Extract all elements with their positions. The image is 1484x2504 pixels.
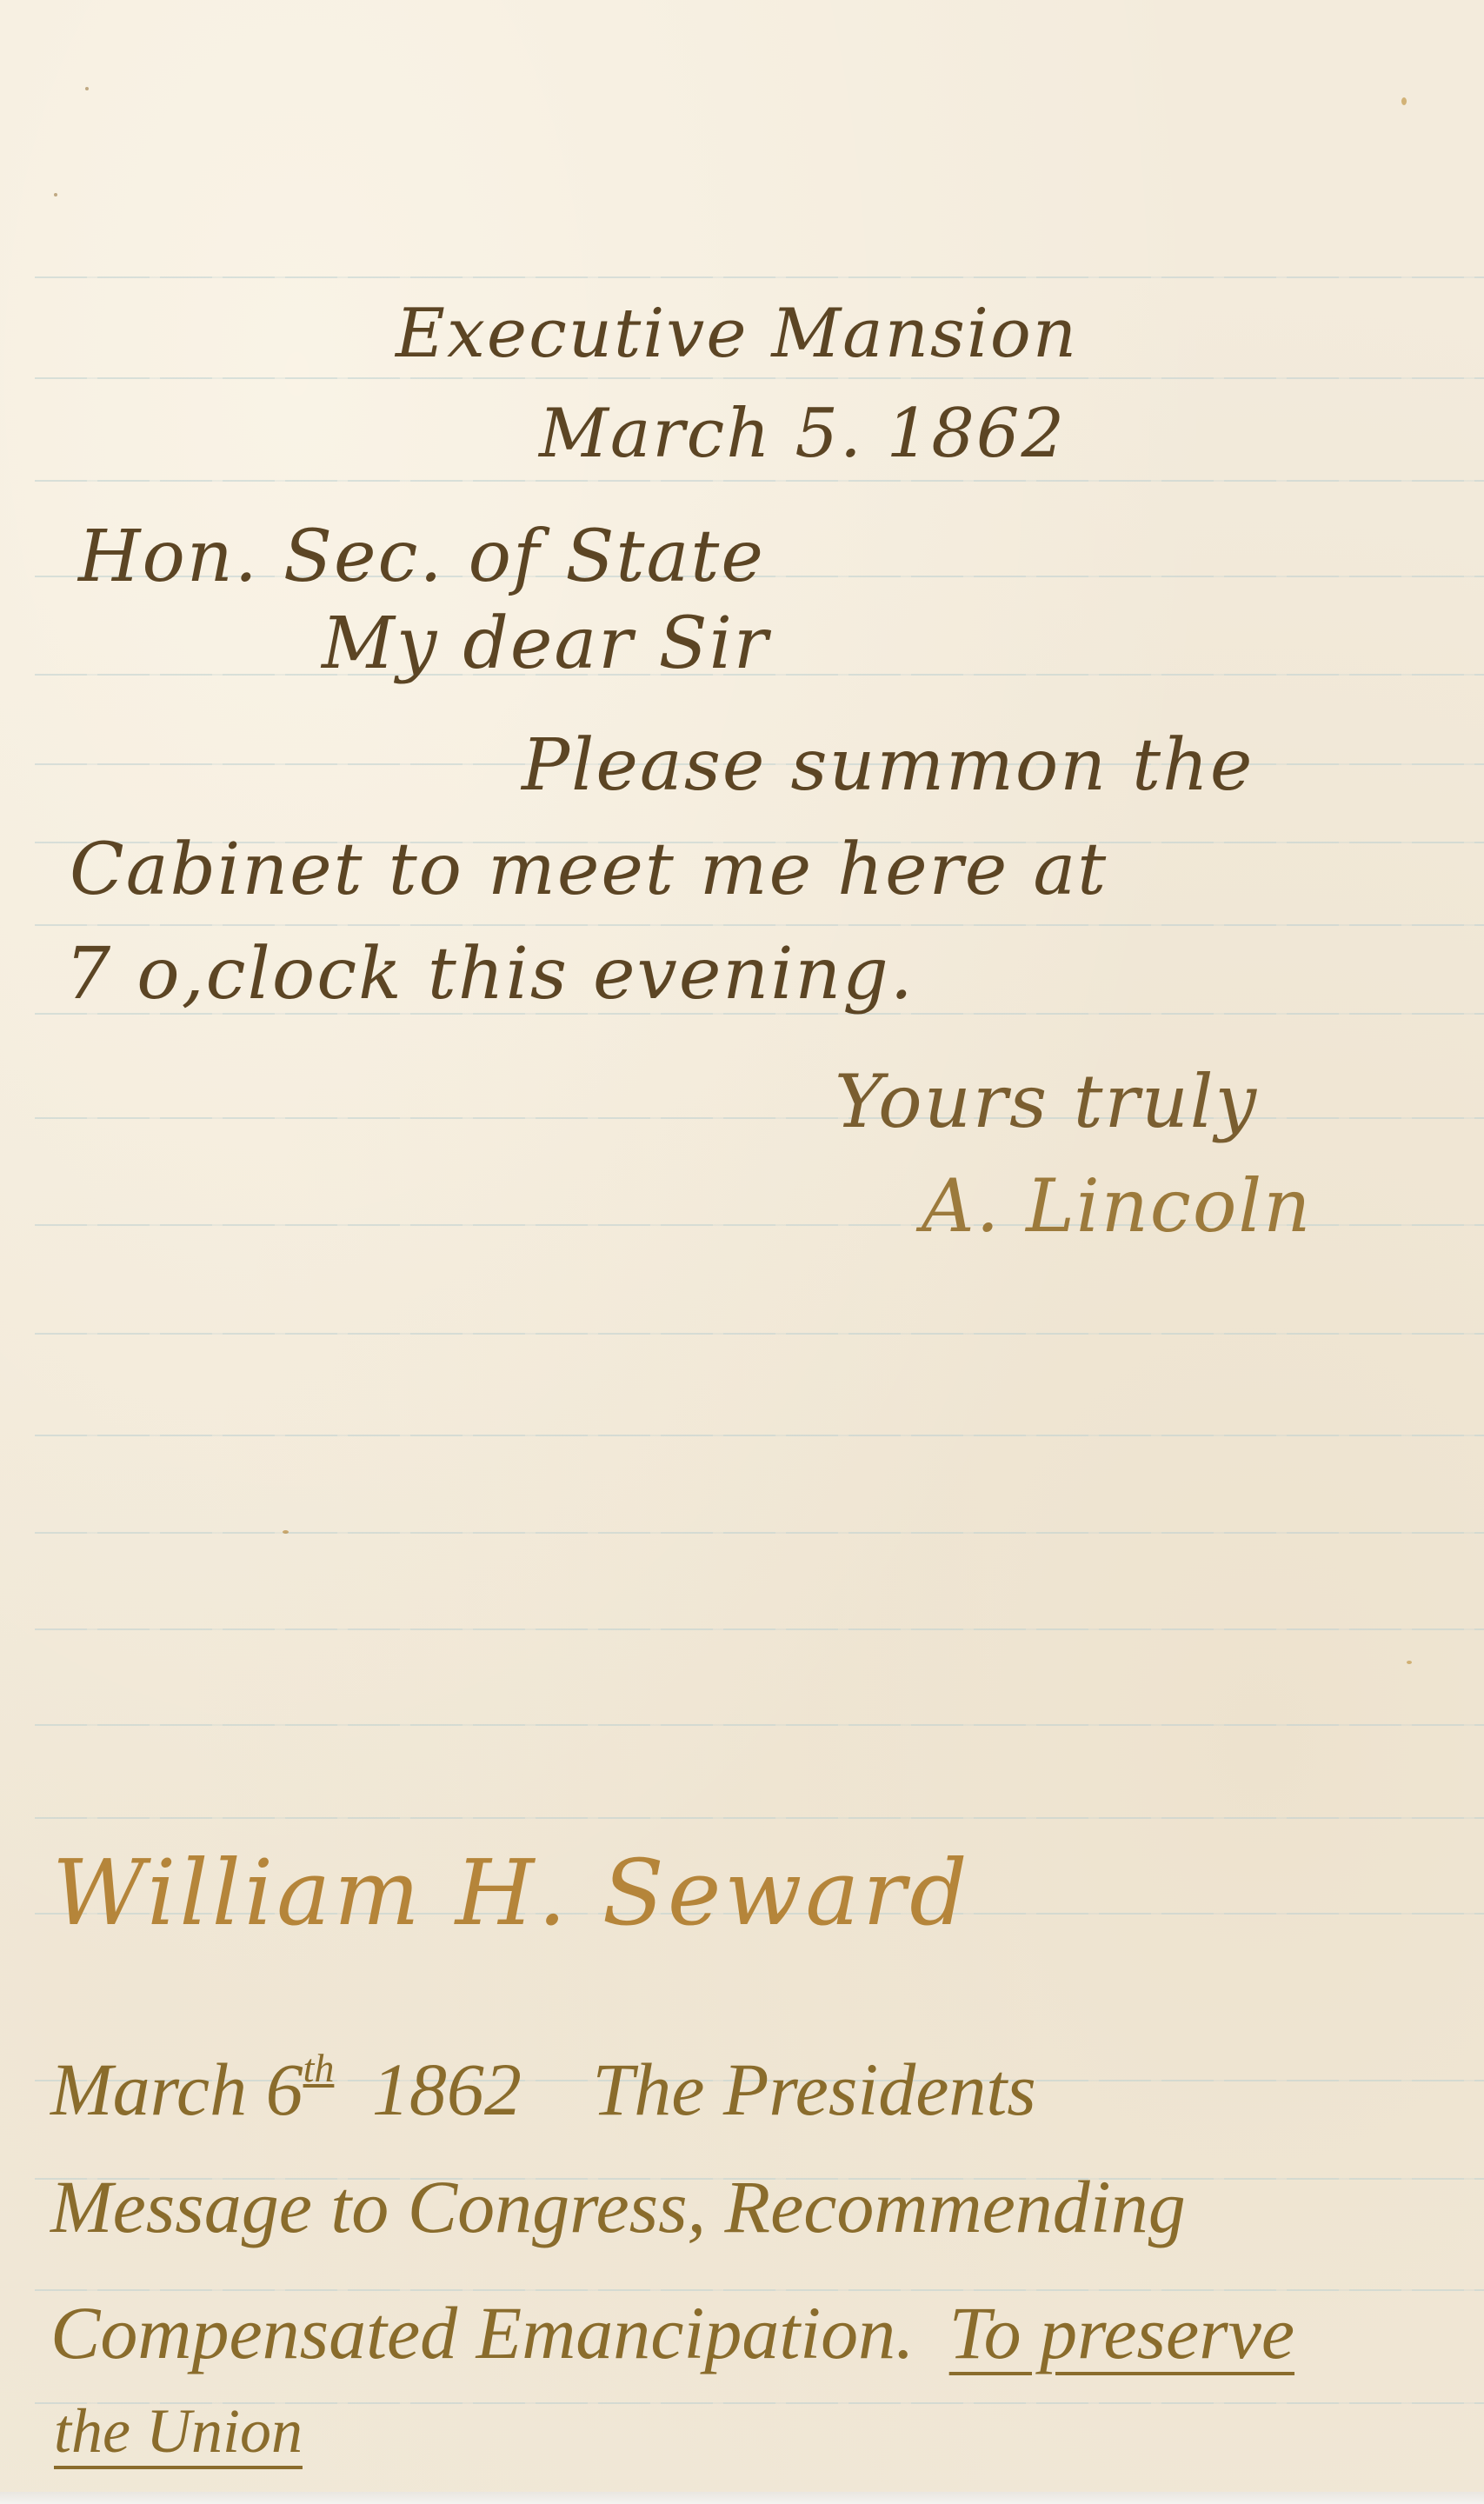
docket-line-4: the Union [54,2400,303,2462]
docket-line4-underlined: the Union [54,2396,303,2466]
docket-line3-underlined: To preserve [949,2291,1294,2374]
letter-body-line: Please summon the [522,730,1254,802]
ruled-line [35,1532,1484,1534]
ruled-line [35,1435,1484,1436]
docket-line-3: Compensated Emancipation.To preserve [50,2295,1294,2370]
letter-addressee: Hon. Sec. of State [78,522,765,593]
docket-date-year: 1862 [372,2048,522,2131]
paper-speck [1401,97,1407,105]
ruled-line [35,1333,1484,1335]
ruled-line [35,1817,1484,1819]
ruled-line [35,924,1484,926]
ruled-line [35,1117,1484,1119]
paper-speck [85,87,89,90]
paper-speck [283,1530,289,1534]
paper-speck [1407,1661,1412,1664]
docket-line-2: Message to Congress, Recommending [50,2169,1186,2244]
paper-speck [54,193,57,196]
letter-salutation: My dear Sir [322,609,769,680]
ruled-line [35,1724,1484,1726]
docket-date-suffix: th [303,2046,335,2090]
docket-line3-plain: Compensated Emancipation. [50,2291,915,2374]
docket-line1-rest: The Presidents [592,2048,1035,2131]
letter-heading-date: March 5. 1862 [539,400,1066,468]
letter-body-line: 7 o,clock this evening. [65,939,915,1010]
ruled-line [35,377,1484,379]
letter-closing: Yours truly [835,1065,1258,1138]
seward-signature: William H. Seward [52,1848,971,1938]
lincoln-signature: A. Lincoln [922,1169,1312,1242]
letter-heading-place: Executive Mansion [396,300,1078,368]
docket-date-month: March 6 [50,2048,303,2131]
docket-line-1: March 6th 1862 The Presidents [50,2052,1036,2127]
ruled-line [35,1628,1484,1630]
letter-body-line: Cabinet to meet me here at [70,835,1108,906]
paper-bottom-edge [0,2492,1484,2504]
ruled-line [35,480,1484,482]
ruled-line [35,276,1484,278]
